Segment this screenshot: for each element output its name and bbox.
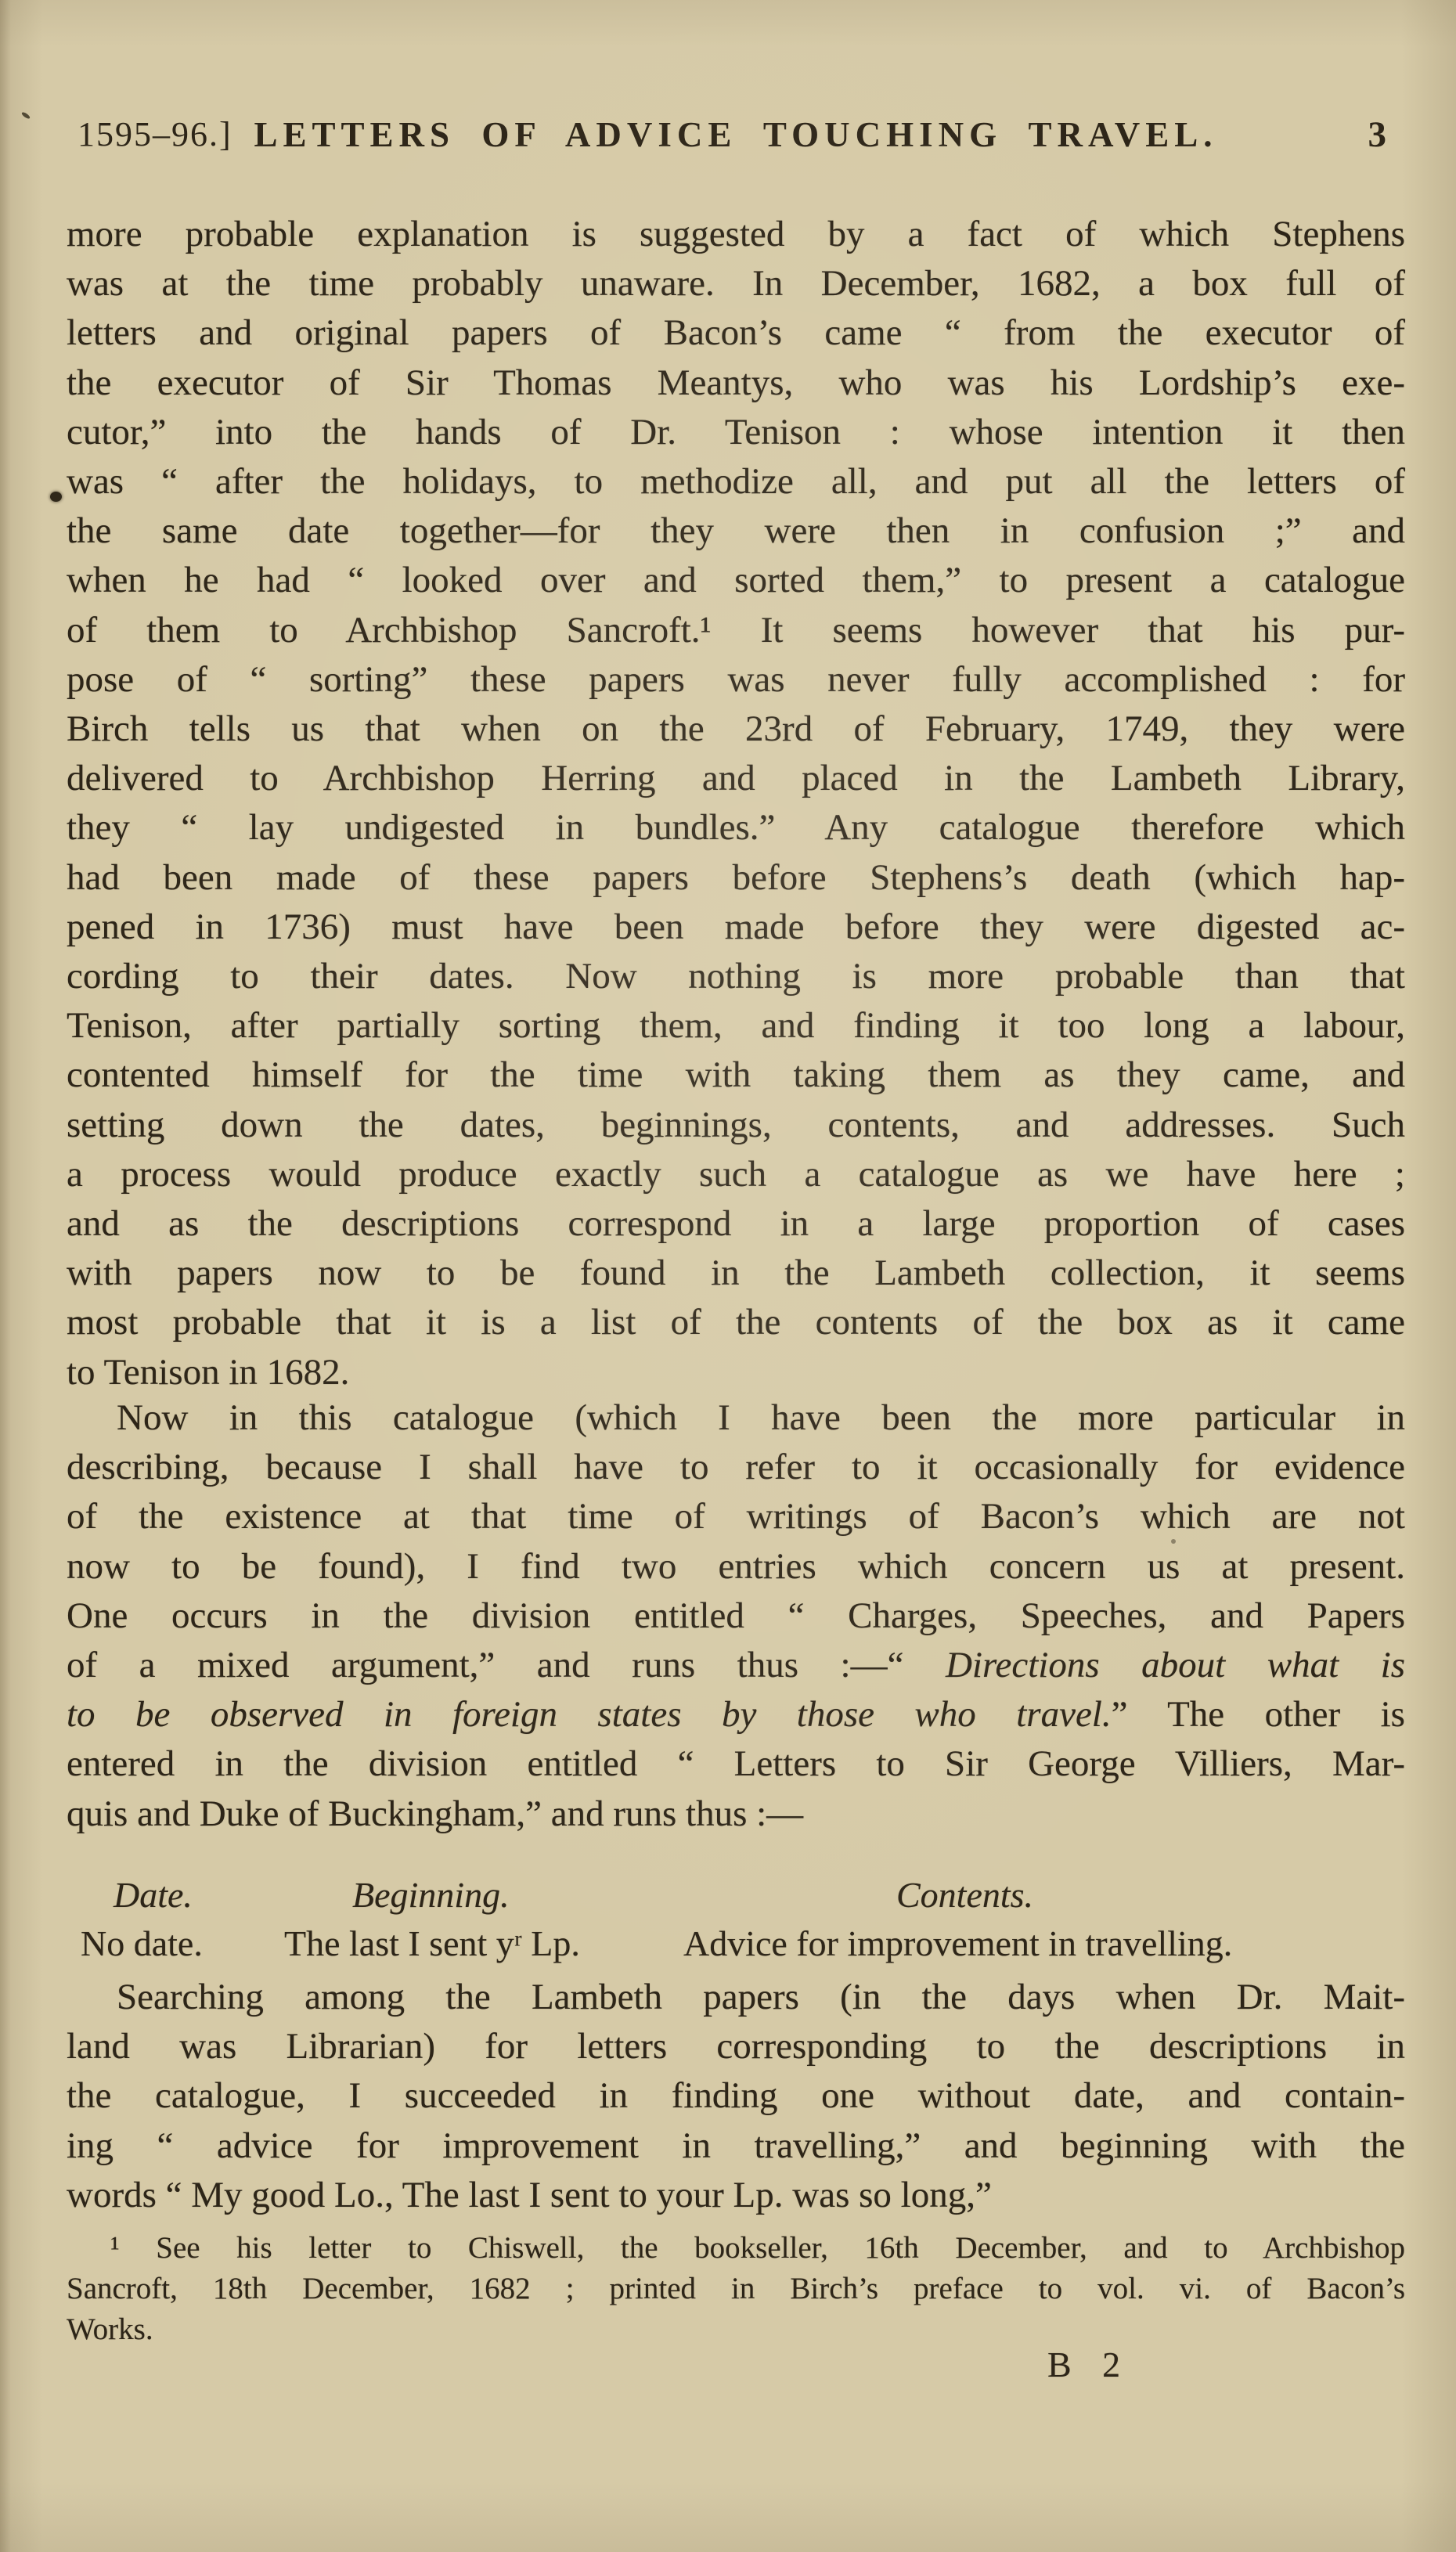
text-line: entered in the division entitled “ Lette… bbox=[67, 1739, 1405, 1789]
text-line: when he had “ looked over and sorted the… bbox=[67, 556, 1405, 605]
text-line: delivered to Archbishop Herring and plac… bbox=[67, 754, 1405, 803]
text-line: quis and Duke of Buckingham,” and runs t… bbox=[67, 1790, 1405, 1839]
ink-speck bbox=[21, 111, 31, 120]
text-line: of them to Archbishop Sancroft.¹ It seem… bbox=[67, 606, 1405, 655]
book-page: 1595–96.] LETTERS OF ADVICE TOUCHING TRA… bbox=[0, 0, 1456, 2552]
italic-entry-title: to be observed in foreign states by thos… bbox=[67, 1694, 1112, 1735]
text-line: cording to their dates. Now nothing is m… bbox=[67, 952, 1405, 1001]
text-line: land was Librarian) for letters correspo… bbox=[67, 2022, 1405, 2071]
text-line: the executor of Sir Thomas Meantys, who … bbox=[67, 359, 1405, 408]
cell-beginning: The last I sent yʳ Lp. bbox=[284, 1919, 580, 1968]
text-line: of a mixed argument,” and runs thus :—“ … bbox=[67, 1641, 1405, 1690]
cell-date: No date. bbox=[81, 1919, 203, 1968]
text-line: was “ after the holidays, to methodize a… bbox=[67, 457, 1405, 506]
text-line: to Tenison in 1682. bbox=[67, 1348, 1405, 1397]
text-line: and as the descriptions correspond in a … bbox=[67, 1199, 1405, 1249]
text-line: describing, because I shall have to refe… bbox=[67, 1443, 1405, 1492]
text-line: ing “ advice for improvement in travelli… bbox=[67, 2121, 1405, 2171]
paragraph-2: Now in this catalogue (which I have been… bbox=[67, 1393, 1405, 1839]
footnote-line: Sancroft, 18th December, 1682 ; printed … bbox=[67, 2269, 1405, 2309]
column-header-beginning: Beginning. bbox=[352, 1871, 510, 1919]
catalogue-table-header: Date. Beginning. Contents. bbox=[67, 1871, 1405, 1919]
text-line: pened in 1736) must have been made befor… bbox=[67, 903, 1405, 952]
text-line: had been made of these papers before Ste… bbox=[67, 853, 1405, 903]
text-segment: of a mixed argument,” and runs thus :—“ bbox=[67, 1645, 946, 1685]
text-line: the catalogue, I succeeded in finding on… bbox=[67, 2071, 1405, 2121]
catalogue-table: Date. Beginning. Contents. No date. The … bbox=[67, 1871, 1405, 1968]
text-segment: ” The other is bbox=[1112, 1694, 1405, 1735]
text-line: was at the time probably unaware. In Dec… bbox=[67, 259, 1405, 308]
text-line: a process would produce exactly such a c… bbox=[67, 1150, 1405, 1199]
text-line: Searching among the Lambeth papers (in t… bbox=[67, 1973, 1405, 2022]
text-line: letters and original papers of Bacon’s c… bbox=[67, 308, 1405, 358]
signature-mark: B 2 bbox=[1047, 2344, 1131, 2385]
text-line: they “ lay undigested in bundles.” Any c… bbox=[67, 803, 1405, 852]
footnote-line: ¹ See his letter to Chiswell, the bookse… bbox=[67, 2228, 1405, 2269]
text-line: more probable explanation is suggested b… bbox=[67, 210, 1405, 259]
column-header-date: Date. bbox=[114, 1871, 193, 1919]
text-line: Tenison, after partially sorting them, a… bbox=[67, 1001, 1405, 1051]
text-line: with papers now to be found in the Lambe… bbox=[67, 1249, 1405, 1298]
text-line: to be observed in foreign states by thos… bbox=[67, 1690, 1405, 1739]
paragraph-1: more probable explanation is suggested b… bbox=[67, 210, 1405, 1397]
text-line: contented himself for the time with taki… bbox=[67, 1051, 1405, 1100]
text-line: of the existence at that time of writing… bbox=[67, 1492, 1405, 1541]
paragraph-3: Searching among the Lambeth papers (in t… bbox=[67, 1973, 1405, 2220]
column-header-contents: Contents. bbox=[896, 1871, 1033, 1919]
text-line: setting down the dates, beginnings, cont… bbox=[67, 1101, 1405, 1150]
italic-entry-title: Directions about what is bbox=[946, 1645, 1405, 1685]
cell-contents: Advice for improvement in travelling. bbox=[683, 1919, 1232, 1968]
footnote: ¹ See his letter to Chiswell, the bookse… bbox=[67, 2228, 1405, 2350]
text-line: One occurs in the division entitled “ Ch… bbox=[67, 1591, 1405, 1641]
text-line: the same date together—for they were the… bbox=[67, 506, 1405, 556]
running-head-title: LETTERS OF ADVICE TOUCHING TRAVEL. bbox=[67, 111, 1405, 158]
page-number: 3 bbox=[1368, 111, 1387, 158]
ink-speck bbox=[1171, 1539, 1176, 1544]
text-line: now to be found), I find two entries whi… bbox=[67, 1542, 1405, 1591]
text-line: cutor,” into the hands of Dr. Tenison : … bbox=[67, 408, 1405, 457]
catalogue-table-row: No date. The last I sent yʳ Lp. Advice f… bbox=[67, 1919, 1405, 1968]
running-head: 1595–96.] LETTERS OF ADVICE TOUCHING TRA… bbox=[67, 111, 1405, 158]
text-line: Birch tells us that when on the 23rd of … bbox=[67, 705, 1405, 754]
text-line: most probable that it is a list of the c… bbox=[67, 1298, 1405, 1347]
text-line: words “ My good Lo., The last I sent to … bbox=[67, 2171, 1405, 2220]
ink-blot bbox=[50, 492, 62, 502]
footnote-line: Works. bbox=[67, 2309, 1405, 2350]
text-line: pose of “ sorting” these papers was neve… bbox=[67, 655, 1405, 705]
text-line: Now in this catalogue (which I have been… bbox=[67, 1393, 1405, 1443]
